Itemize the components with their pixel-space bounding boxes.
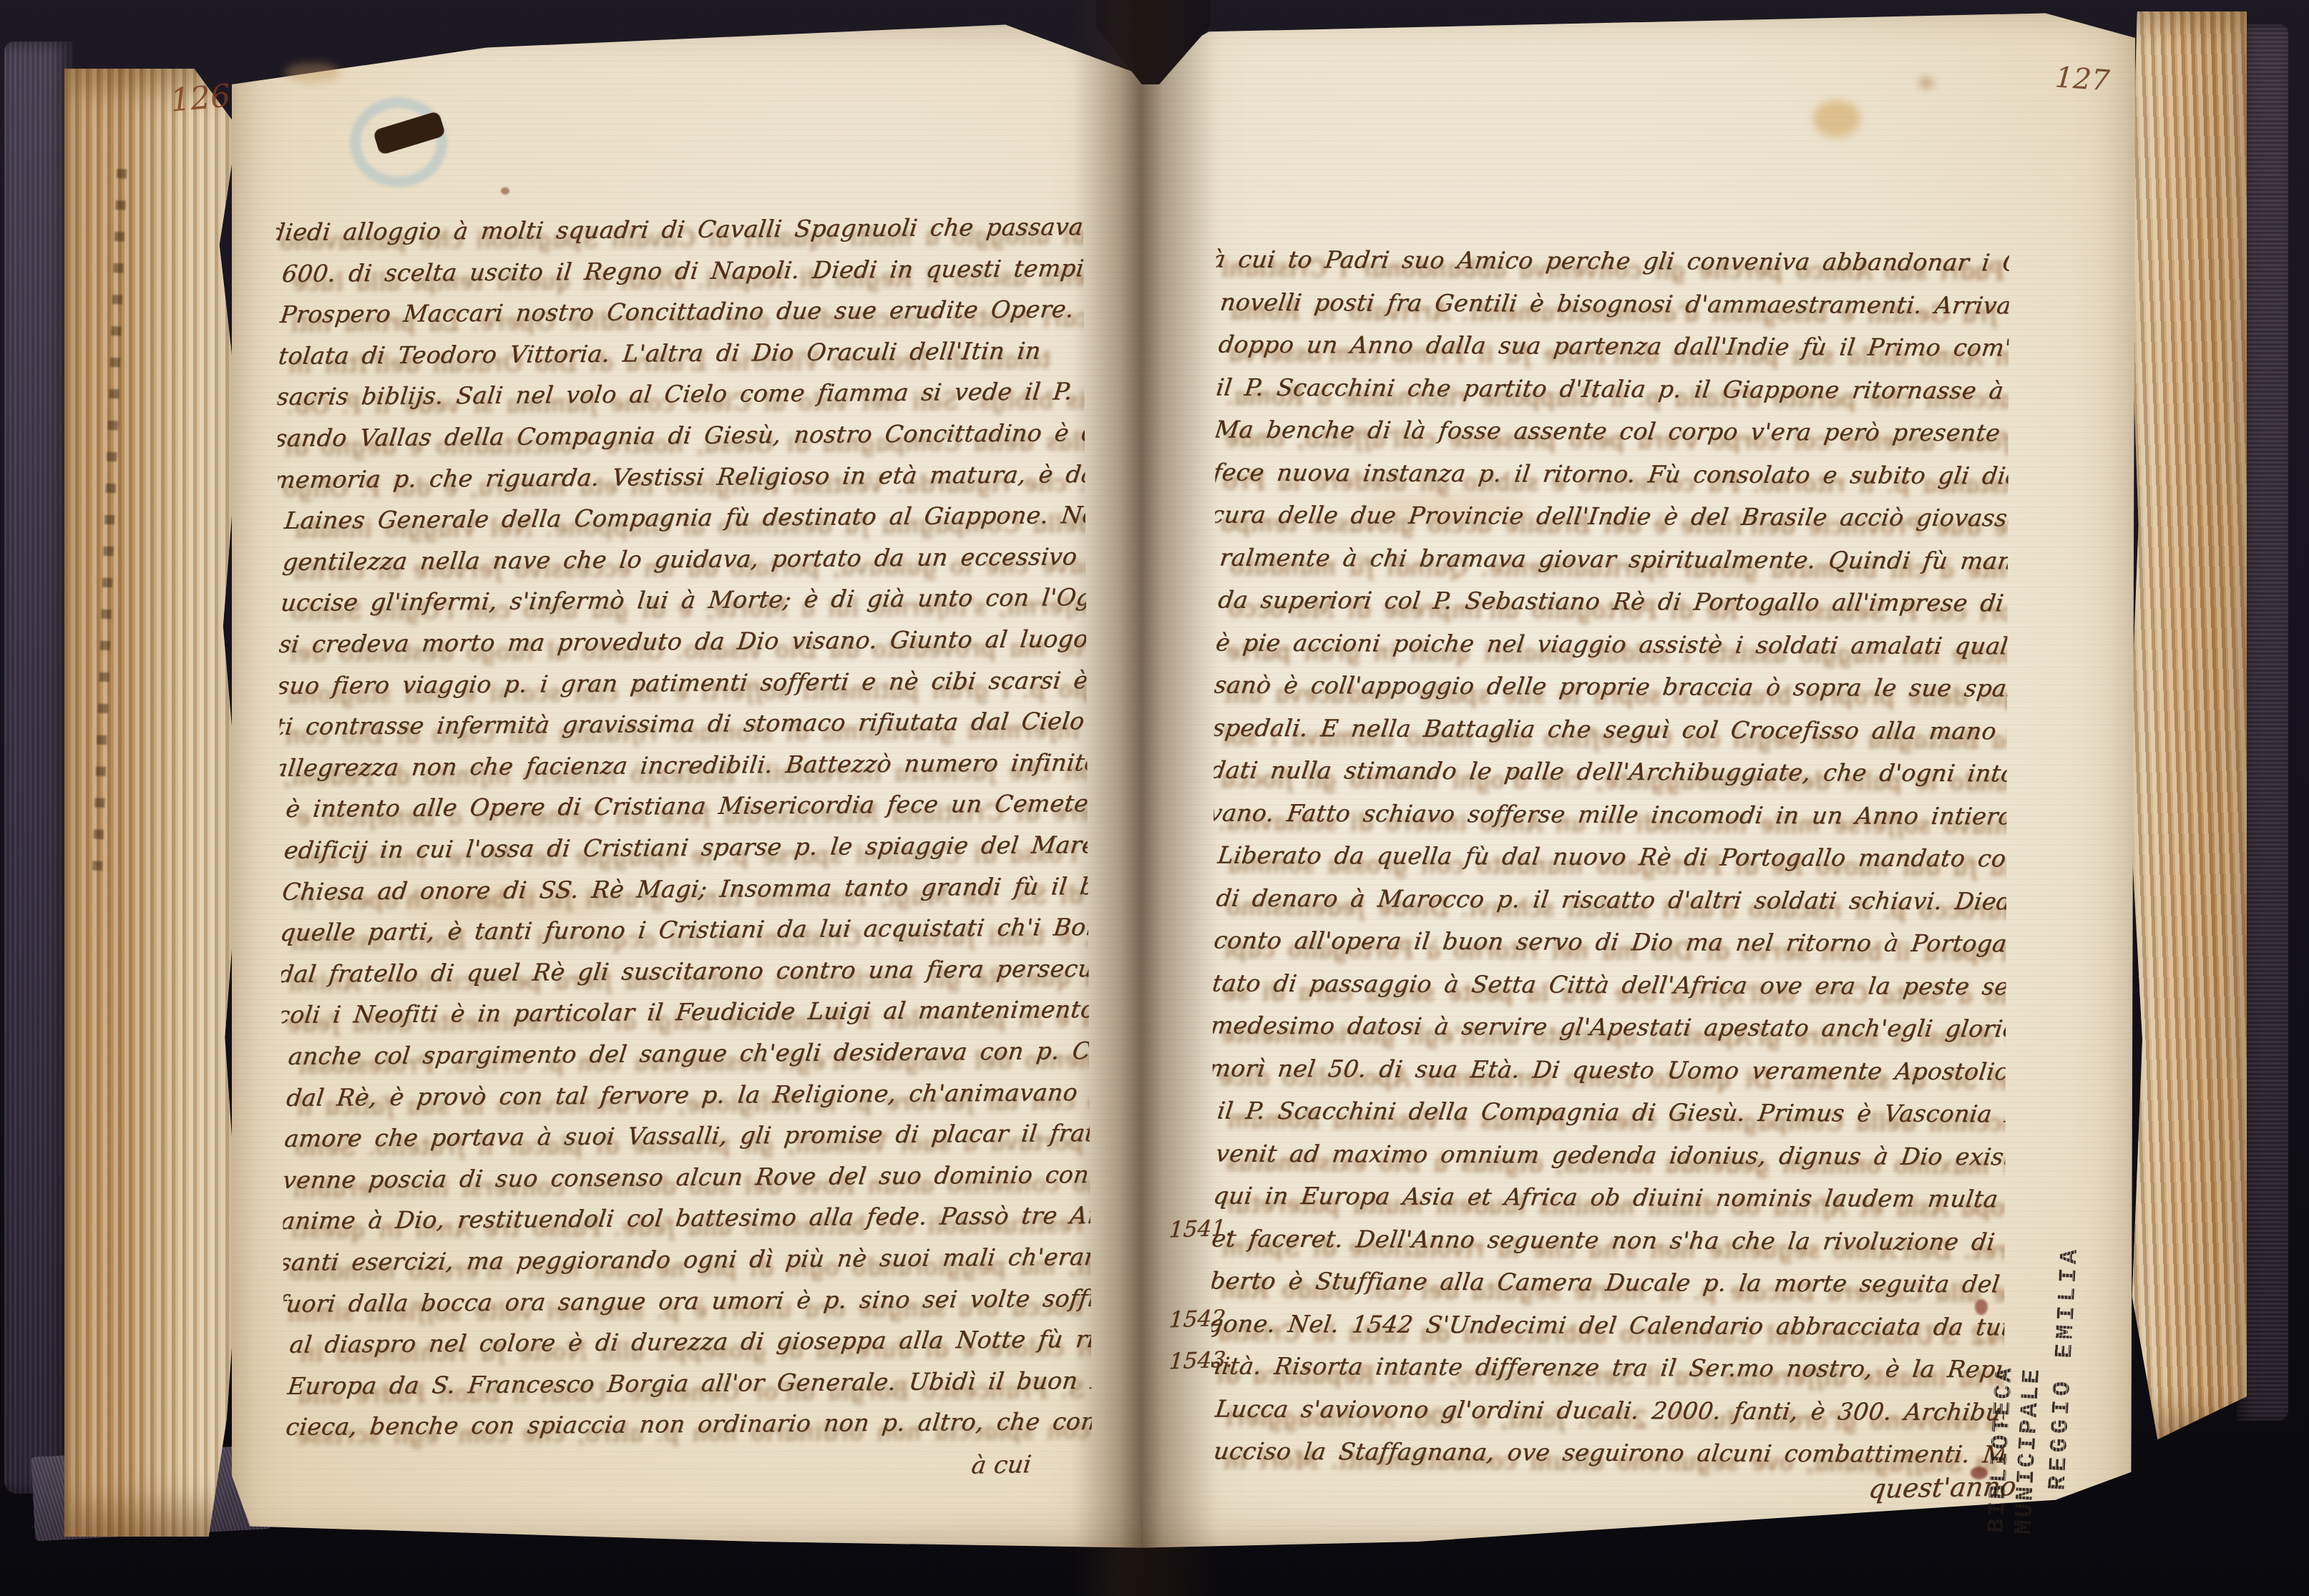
manuscript-line: tolata di Teodoro Vittoria. L'altra di D… [276,336,1042,371]
page-number-right: 127 [2054,61,2110,97]
manuscript-line: venne poscia di suo consenso alcun Rove … [281,1158,1092,1195]
manuscript-line: al diaspro nel colore è di durezza di gi… [288,1323,1092,1360]
manuscript-line: dati nulla stimando le palle dell'Archib… [1211,755,2009,789]
manuscript-line: dal Rè, è provò con tal fervore p. la Re… [285,1076,1092,1112]
manuscript-line: et faceret. Dell'Anno seguente non s'ha … [1211,1223,2009,1257]
manuscript-line: memoria p. che riguarda. Vestissi Religi… [276,458,1092,494]
manuscript-line: sanò è coll'appoggio delle proprie bracc… [1213,670,2009,704]
margin-year-1541: 1541. [1168,1215,1234,1243]
manuscript-line: il P. Scacchini che partito d'Italia p. … [1215,372,2009,406]
manuscript-line: uccise gl'infermi, s'infermò lui à Morte… [279,582,1092,617]
manuscript-line: qui in Europa Asia et Africa ob diuini n… [1212,1181,2009,1215]
manuscript-line: ucciso la Staffagnana, ove seguirono alc… [1211,1436,2008,1469]
manuscript-line: ralmente à chi bramava giovar spiritualm… [1218,542,2009,575]
manuscript-line: nità. Risorta intante differenze tra il … [1211,1351,2009,1385]
manuscript-line: medesimo datosi à servire gl'Apestati ap… [1211,1011,2009,1044]
manuscript-photo: 126 127 diedi alloggio à molti squadri d… [0,0,2309,1596]
manuscript-line: spedali. E nella Battaglia che seguì col… [1211,713,2009,746]
manuscript-line: 600. di scelta uscito il Regno di Napoli… [280,252,1093,288]
manuscript-line: cieca, benche con spiaccia non ordinario… [284,1406,1092,1442]
manuscript-line: à cui to Padri suo Amico perche gli conv… [1211,245,2009,278]
manuscript-line: Chiesa ad onore di SS. Rè Magi; Insomma … [280,870,1093,906]
manuscript-line: Prospero Maccari nostro Concittadino due… [278,293,1092,330]
manuscript-line: vano. Fatto schiavo sofferse mille incom… [1211,798,2009,831]
manuscript-line: anime à Dio, restituendoli col battesimo… [279,1200,1092,1236]
manuscript-line: allegrezza non che facienza incredibili.… [276,746,1092,783]
manuscript-line: quelle parti, è tanti furono i Cristiani… [278,911,1092,948]
manuscript-line: il P. Scacchini della Compagnia di Giesù… [1216,1096,2009,1130]
manuscript-line: conto all'opera il buon servo di Dio ma … [1212,926,2009,959]
page-edges-right-stack [2119,11,2247,1439]
manuscript-line: novelli posti fra Gentili è bisognosi d'… [1219,287,2009,320]
manuscript-line: Liberato da quella fù dal nuovo Rè di Po… [1216,841,2009,874]
manuscript-line: amore che portava à suoi Vassalli, gli p… [283,1117,1092,1153]
manuscript-line: edificij in cui l'ossa di Cristiani spar… [282,828,1092,865]
manuscript-line: da superiori col P. Sebastiano Rè di Por… [1216,585,2009,619]
page-edges-left-stack [64,69,245,1537]
manuscript-line: è intento alle Opere di Cristiana Miseri… [284,787,1092,823]
manuscript-line: santi esercizi, ma peggiorando ogni dì p… [278,1241,1092,1278]
manuscript-line: suo fiero viaggio p. i gran patimenti so… [276,664,1092,700]
manuscript-line: gentilezza nella nave che lo guidava, po… [281,540,1092,577]
manuscript-line: anche col spargimento del sangue ch'egli… [287,1034,1092,1071]
manuscript-line: Ma benche di là fosse assente col corpo … [1213,415,2009,449]
manuscript-line: di denaro à Marocco p. il riscatto d'alt… [1214,883,2009,916]
manuscript-line: fece nuova instanza p. il ritorno. Fù co… [1211,457,2008,491]
manuscript-line: sacris biblijs. Sali nel volo al Cielo c… [276,376,1092,412]
manuscript-line: coli i Neofiti è in particolar il Feudic… [276,994,1092,1030]
page-number-left: 126 [169,77,232,119]
left-page-text: diedi alloggio à molti squadri di Cavall… [276,212,1092,1477]
manuscript-line: dal fratello di quel Rè gli suscitarono … [276,952,1092,989]
manuscript-line: fuori dalla bocca ora sangue ora umori è… [276,1282,1092,1318]
manuscript-line: Laines Generale della Compagnia fù desti… [283,499,1092,535]
manuscript-line: Lucca s'aviovono gl'ordini ducali. 2000.… [1214,1394,2009,1426]
manuscript-line: si credeva morto ma proveduto da Dio vis… [278,622,1092,659]
margin-year-1542: 1542 [1168,1306,1227,1333]
manuscript-line: Europa da S. Francesco Borgia all'or Gen… [285,1365,1092,1401]
manuscript-line: morì nel 50. di sua Età. Di questo Uomo … [1211,1053,2009,1087]
manuscript-line: sando Vallas della Compagnia di Giesù, n… [276,417,1092,453]
manuscript-line: ti contrasse infermità gravissima di sto… [276,705,1092,742]
right-page-text: à cui to Padri suo Amico perche gli conv… [1211,245,2009,1507]
book-cover-left-edge [4,41,73,1494]
manuscript-line: venit ad maximo omnium gedenda idonius, … [1214,1138,2008,1172]
catchword-left: à cui [970,1450,1033,1479]
library-stamp: BIBLIOTECA MUNICIPALE REGGIO EMILIA [1983,1185,2087,1537]
manuscript-line: berto è Stuffiane alla Camera Ducale p. … [1211,1266,2009,1300]
margin-year-1543: 1543. [1168,1346,1234,1374]
manuscript-line: doppo un Anno dalla sua partenza dall'In… [1216,330,2009,363]
manuscript-line: diedi alloggio à molti squadri di Cavall… [276,212,1092,247]
manuscript-line: gone. Nel. 1542 S'Undecimi del Calendari… [1211,1308,2009,1342]
manuscript-line: tato di passaggio à Setta Città dell'Afr… [1211,968,2009,1002]
manuscript-line: cura delle due Provincie dell'Indie è de… [1211,500,2009,534]
manuscript-line: è pie accioni poiche nel viaggio assistè… [1214,627,2009,661]
